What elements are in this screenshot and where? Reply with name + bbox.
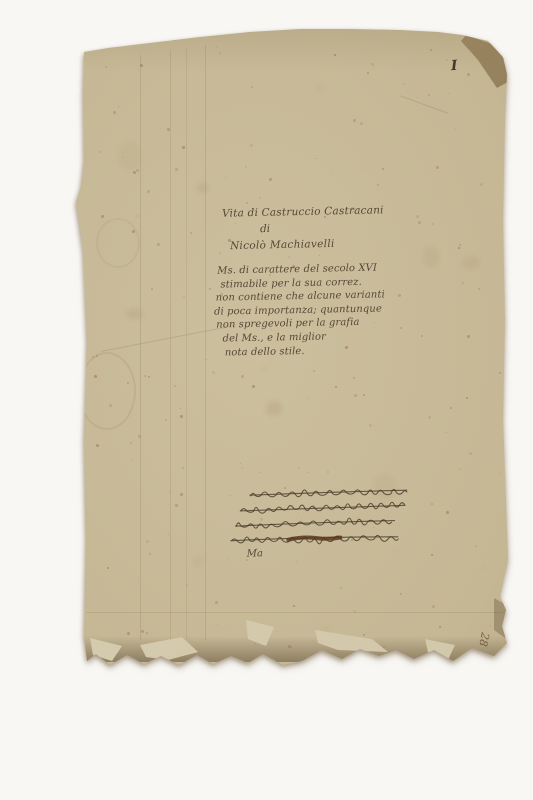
foxing-spot xyxy=(141,630,144,633)
foxing-spot xyxy=(169,491,170,492)
foxing-spot xyxy=(146,540,149,543)
foxing-spot xyxy=(180,415,183,418)
struck-through-passage: Ma xyxy=(229,484,409,560)
foxing-spot xyxy=(446,59,448,61)
stain-blotch xyxy=(118,142,141,170)
foxing-spot xyxy=(480,183,483,186)
foxing-spot xyxy=(140,64,143,67)
foxing-spot xyxy=(416,215,419,218)
foxing-spot xyxy=(450,407,452,409)
foxing-spot xyxy=(308,398,309,399)
paper-surface: I Vita di Castruccio Castracani di Nicol… xyxy=(0,0,533,800)
foxing-spot xyxy=(209,288,211,290)
foxing-spot xyxy=(428,94,430,96)
foxing-spot xyxy=(138,435,141,438)
foxing-spot xyxy=(462,282,464,284)
stain-blotch xyxy=(197,183,209,193)
foxing-spot xyxy=(174,38,177,41)
foxing-spot xyxy=(174,385,176,387)
foxing-spot xyxy=(113,111,116,114)
foxing-spot xyxy=(132,230,135,233)
foxing-spot xyxy=(182,146,185,149)
foxing-spot xyxy=(458,247,460,249)
foxing-spot xyxy=(215,601,218,604)
stain-blotch xyxy=(193,556,204,567)
foxing-spot xyxy=(136,169,139,172)
foxing-spot xyxy=(466,397,468,399)
foxing-spot xyxy=(92,356,94,358)
foxing-spot xyxy=(421,335,423,337)
foxing-spot xyxy=(127,382,129,384)
foxing-spot xyxy=(436,166,439,169)
foxing-spot xyxy=(165,419,167,421)
foxing-spot xyxy=(240,463,241,464)
foxing-spot xyxy=(431,503,433,505)
stain-ring xyxy=(78,352,136,430)
foxing-spot xyxy=(369,424,372,427)
foxing-spot xyxy=(403,83,405,85)
foxing-spot xyxy=(293,605,295,607)
stain-blotch xyxy=(423,247,439,268)
foxing-spot xyxy=(118,106,119,107)
foxing-spot xyxy=(455,128,456,129)
foxing-spot xyxy=(334,54,336,56)
foxing-spot xyxy=(246,202,248,204)
foxing-spot xyxy=(467,335,470,338)
foxing-spot xyxy=(180,408,181,409)
foxing-spot xyxy=(245,166,247,168)
fold-line xyxy=(205,45,206,640)
foxing-spot xyxy=(467,73,470,76)
fold-line xyxy=(170,50,171,640)
foxing-spot xyxy=(136,215,138,217)
foxing-spot xyxy=(428,416,431,419)
stain-blotch xyxy=(462,256,480,270)
foxing-spot xyxy=(439,626,441,628)
foxing-spot xyxy=(377,184,379,186)
title-line-2: di xyxy=(260,223,270,235)
foxing-spot xyxy=(133,171,136,174)
struck-scribble xyxy=(230,529,398,547)
foxing-spot xyxy=(147,190,150,193)
page-numeral: I xyxy=(450,58,458,74)
foxing-spot xyxy=(105,66,107,68)
title-line-3: Nicolò Machiavelli xyxy=(230,238,335,252)
foxing-spot xyxy=(298,467,300,469)
stain-blotch xyxy=(266,401,282,416)
foxing-spot xyxy=(446,511,449,514)
foxing-spot xyxy=(288,256,290,258)
foxing-spot xyxy=(430,49,432,51)
crease-line xyxy=(86,612,504,613)
foxing-spot xyxy=(117,45,118,46)
foxing-spot xyxy=(360,122,363,125)
stain-blotch xyxy=(126,309,143,319)
foxing-spot xyxy=(363,394,365,396)
foxing-spot xyxy=(316,158,317,159)
foxing-spot xyxy=(478,288,480,290)
foxing-spot xyxy=(417,97,418,98)
foxing-spot xyxy=(138,581,139,582)
foxing-spot xyxy=(482,567,484,569)
foxing-spot xyxy=(418,221,421,224)
foxing-spot xyxy=(252,385,255,388)
foxing-spot xyxy=(400,593,402,595)
foxing-spot xyxy=(327,471,329,473)
foxing-spot xyxy=(251,86,253,88)
paper-sheet: I Vita di Castruccio Castracani di Nicol… xyxy=(0,0,533,800)
paper-edge-shading xyxy=(0,0,533,800)
foxing-spot xyxy=(99,151,101,153)
foxing-spot xyxy=(431,554,433,556)
foxing-spot xyxy=(109,404,112,407)
foxing-spot xyxy=(101,215,104,218)
foxing-spot xyxy=(212,371,215,374)
foxing-spot xyxy=(175,504,178,507)
foxing-spot xyxy=(340,587,342,589)
foxing-spot xyxy=(175,168,178,171)
manuscript-photo: I Vita di Castruccio Castracani di Nicol… xyxy=(0,0,533,800)
stain-blotch xyxy=(322,625,331,632)
foxing-spot xyxy=(127,632,130,635)
foxing-spot xyxy=(96,444,99,447)
cataloguer-note: Ms. di carattere del secolo XVI stimabil… xyxy=(217,261,386,359)
fold-line xyxy=(186,48,187,640)
stain-blotch xyxy=(261,366,268,371)
foxing-spot xyxy=(382,168,384,170)
foxing-spot xyxy=(219,252,221,254)
fold-line xyxy=(140,55,141,640)
foxing-spot xyxy=(353,377,355,379)
foxing-spot xyxy=(167,128,170,131)
foxing-spot xyxy=(183,296,185,298)
foxing-spot xyxy=(353,119,356,122)
stain-blotch xyxy=(316,85,325,92)
foxing-spot xyxy=(94,375,97,378)
foxing-spot xyxy=(432,605,435,608)
stain-ring xyxy=(96,218,140,268)
foxing-spot xyxy=(367,72,369,74)
